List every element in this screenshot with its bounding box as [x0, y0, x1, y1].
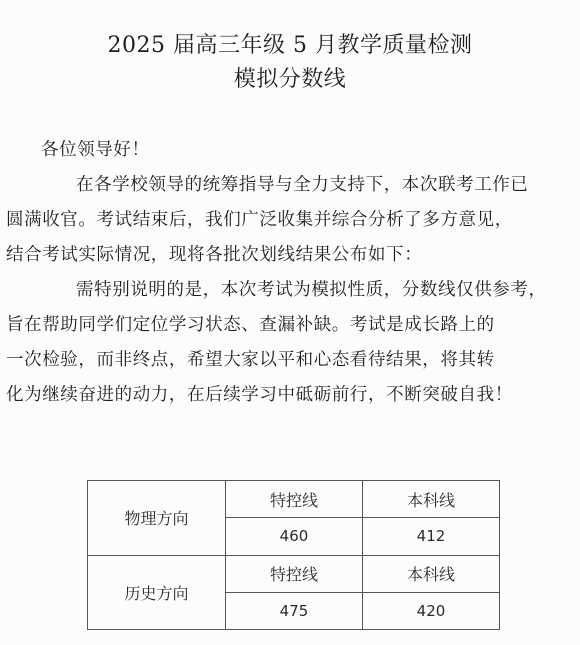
- direction-cell: 历史方向: [88, 555, 226, 630]
- score-cell: 420: [363, 592, 500, 629]
- document-title: 2025 届高三年级 5 月教学质量检测: [0, 28, 580, 59]
- greeting: 各位领导好！: [41, 133, 551, 168]
- paragraph-line: 结合考试实际情况，现将各批次划线结果公布如下：: [41, 238, 551, 273]
- score-table: 物理方向 特控线 本科线 460 412 历史方向 特控线 本科线 475 42…: [87, 480, 500, 630]
- direction-cell: 物理方向: [88, 481, 226, 556]
- header-cell: 特控线: [226, 555, 363, 592]
- score-cell: 475: [226, 592, 363, 629]
- table-row: 历史方向 特控线 本科线: [88, 555, 500, 592]
- paragraph-note: 需特别说明的是，本次考试为模拟性质，分数线仅供参考， 旨在帮助同学们定位学习状态…: [41, 273, 551, 413]
- paragraph-intro: 在各学校领导的统筹指导与全力支持下，本次联考工作已 圆满收官。考试结束后，我们广…: [41, 168, 551, 273]
- document-subtitle: 模拟分数线: [0, 62, 580, 93]
- score-cell: 412: [363, 518, 500, 555]
- table-row: 物理方向 特控线 本科线: [88, 481, 500, 518]
- paragraph-line: 圆满收官。考试结束后，我们广泛收集并综合分析了多方意见，: [41, 203, 551, 238]
- paragraph-line: 旨在帮助同学们定位学习状态、查漏补缺。考试是成长路上的: [41, 308, 551, 343]
- paragraph-line: 一次检验，而非终点，希望大家以平和心态看待结果，将其转: [41, 343, 551, 378]
- header-cell: 本科线: [363, 481, 500, 518]
- paragraph-line: 化为继续奋进的动力，在后续学习中砥砺前行，不断突破自我！: [41, 378, 551, 413]
- header-cell: 本科线: [363, 555, 500, 592]
- header-cell: 特控线: [226, 481, 363, 518]
- score-cell: 460: [226, 518, 363, 555]
- paragraph-line: 需特别说明的是，本次考试为模拟性质，分数线仅供参考，: [41, 273, 551, 308]
- paragraph-line: 在各学校领导的统筹指导与全力支持下，本次联考工作已: [41, 168, 551, 203]
